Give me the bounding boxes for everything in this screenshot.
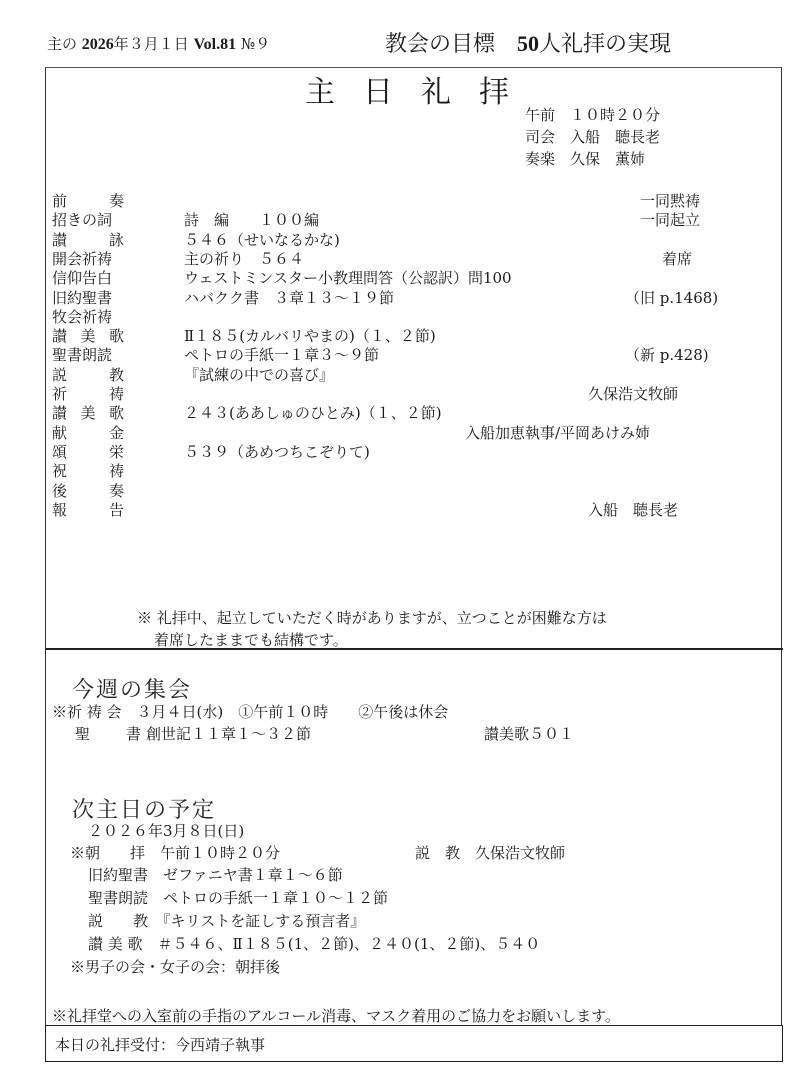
reception-duty: 本日の礼拝受付：今西靖子執事 xyxy=(55,1034,265,1055)
order-item-label: 報告 xyxy=(52,499,124,520)
next-worship-time: ※朝 拝 午前１０時２０分 xyxy=(70,842,280,863)
bulletin-date: 主の 2026年３月１日 Vol.81 №９ xyxy=(47,33,270,54)
volume: Vol.81 xyxy=(194,36,237,53)
date-prefix: 主の xyxy=(47,35,77,53)
order-item: 旧約聖書ハバクク書 ３章１３～１９節（旧 p.1468) xyxy=(52,287,782,306)
order-item: 聖書朗読ペトロの手紙一１章３～９節（新 p.428) xyxy=(52,344,782,363)
order-item-content: 詩 編 １００編 xyxy=(184,209,319,230)
weekly-hymn: 讃美歌５０１ xyxy=(484,723,574,744)
order-item-content: Ⅱ１８５(カルバリやまの)（１、２節) xyxy=(184,325,436,346)
order-item-label: 前奏 xyxy=(52,190,124,211)
issue-number: №９ xyxy=(241,35,270,53)
order-item-label: 讃美歌 xyxy=(52,325,124,346)
order-item-label: 頌栄 xyxy=(52,441,124,462)
church-goal: 教会の目標 50人礼拝の実現 xyxy=(385,27,671,58)
order-item: 開会祈祷主の祈り ５６４着席 xyxy=(52,248,782,267)
prayer-meeting: ※祈 祷 会 ３月４日(水) ①午前１０時 ②午後は休会 xyxy=(52,701,448,722)
order-item: 牧会祈祷 xyxy=(52,306,782,325)
order-item: 祈祷久保浩文牧師 xyxy=(52,383,782,402)
next-reading: 聖書朗読 ペトロの手紙一１章１０～１２節 xyxy=(88,887,388,908)
order-item: 献金入船加恵執事/平岡あけみ姉 xyxy=(52,422,782,441)
order-item: 讃美歌Ⅱ１８５(カルバリやまの)（１、２節) xyxy=(52,325,782,344)
order-item: 説教『試練の中での喜び』 xyxy=(52,364,782,383)
next-ot-reading: 旧約聖書 ゼファニヤ書１章１～６節 xyxy=(88,864,343,885)
order-item-content: ウェストミンスター小教理問答（公認訳）問100 xyxy=(184,267,512,288)
order-item-label: 聖書朗読 xyxy=(52,344,124,365)
order-item-label: 牧会祈祷 xyxy=(52,306,124,327)
order-item-label: 旧約聖書 xyxy=(52,287,124,308)
date-rest: 年３月１日 xyxy=(114,35,189,53)
order-item-content: ペトロの手紙一１章３～９節 xyxy=(184,344,379,365)
goal-prefix: 教会の目標 xyxy=(385,32,495,57)
order-item-label: 開会祈祷 xyxy=(52,248,124,269)
order-item: 招きの詞詩 編 １００編一同起立 xyxy=(52,209,782,228)
order-item-label: 信仰告白 xyxy=(52,267,124,288)
order-item-note: （旧 p.1468) xyxy=(625,287,718,308)
scripture-passage: 創世記１１章１～３２節 xyxy=(146,723,311,744)
next-hymns: 讃 美 歌 ＃５４６、Ⅱ１８５(1、２節)、２４０(1、２節)、５４０ xyxy=(88,933,540,954)
order-item-note: 着席 xyxy=(662,248,692,269)
standing-note-line1: ※ 礼拝中、起立していただく時がありますが、立つことが困難な方は xyxy=(137,607,607,628)
service-title: 主日礼拝 xyxy=(305,67,537,111)
order-item-label: 後奏 xyxy=(52,480,124,501)
order-item: 讃美歌２４３(ああしゅのひとみ)（１、２節) xyxy=(52,402,782,421)
order-item-content: ハバクク書 ３章１３～１９節 xyxy=(184,287,394,308)
order-item-note: 入船加恵執事/平岡あけみ姉 xyxy=(465,422,650,443)
order-item: 頌栄５３９（あめつちこぞりて) xyxy=(52,441,782,460)
next-groups: ※男子の会・女子の会：朝拝後 xyxy=(70,956,280,977)
order-item: 後奏 xyxy=(52,480,782,499)
service-presider: 司会 入船 聴長老 xyxy=(525,126,660,147)
order-item-content: ５３９（あめつちこぞりて) xyxy=(184,441,370,462)
standing-note-line2: 着席したままでも結構です。 xyxy=(154,629,348,650)
order-item: 信仰告白ウェストミンスター小教理問答（公認訳）問100 xyxy=(52,267,782,286)
order-item-label: 献金 xyxy=(52,422,124,443)
next-sermon: 説 教 『キリストを証しする預言者』 xyxy=(88,910,365,931)
order-item-note: 一同起立 xyxy=(640,209,700,230)
order-item-content: ５４６（せいなるかな) xyxy=(184,229,340,250)
order-item: 前奏一同黙祷 xyxy=(52,190,782,209)
order-item-content: ２４３(ああしゅのひとみ)（１、２節) xyxy=(184,402,442,423)
goal-number: 50 xyxy=(517,31,539,56)
order-item-label: 祝祷 xyxy=(52,460,124,481)
year: 2026 xyxy=(82,36,114,53)
order-item-note: 一同黙祷 xyxy=(640,190,700,211)
mask-note: ※礼拝堂への入室前の手指のアルコール消毒、マスク着用のご協力をお願いします。 xyxy=(52,1005,620,1026)
order-item-note: 久保浩文牧師 xyxy=(588,383,678,404)
order-item: 讃詠５４６（せいなるかな) xyxy=(52,229,782,248)
order-item-label: 讃詠 xyxy=(52,229,124,250)
order-item-label: 招きの詞 xyxy=(52,209,124,230)
order-item-content: 主の祈り ５６４ xyxy=(184,248,304,269)
order-item-label: 讃美歌 xyxy=(52,402,124,423)
order-item-note: （新 p.428) xyxy=(625,344,709,365)
order-item-label: 祈祷 xyxy=(52,383,124,404)
this-week-title: 今週の集会 xyxy=(72,673,192,704)
service-time: 午前 １０時２０分 xyxy=(525,104,660,125)
order-item-note: 入船 聴長老 xyxy=(588,499,678,520)
service-organist: 奏楽 久保 薫姉 xyxy=(525,148,645,169)
next-sunday-date: ２０２６年3月８日(日) xyxy=(88,820,244,841)
scripture-label: 聖 書 xyxy=(75,723,143,744)
next-preacher: 説 教 久保浩文牧師 xyxy=(415,842,565,863)
order-item: 報告入船 聴長老 xyxy=(52,499,782,518)
order-item-label: 説教 xyxy=(52,364,124,385)
goal-suffix: 人礼拝の実現 xyxy=(539,32,671,57)
order-item-content: 『試練の中での喜び』 xyxy=(184,364,334,385)
order-item: 祝祷 xyxy=(52,460,782,479)
